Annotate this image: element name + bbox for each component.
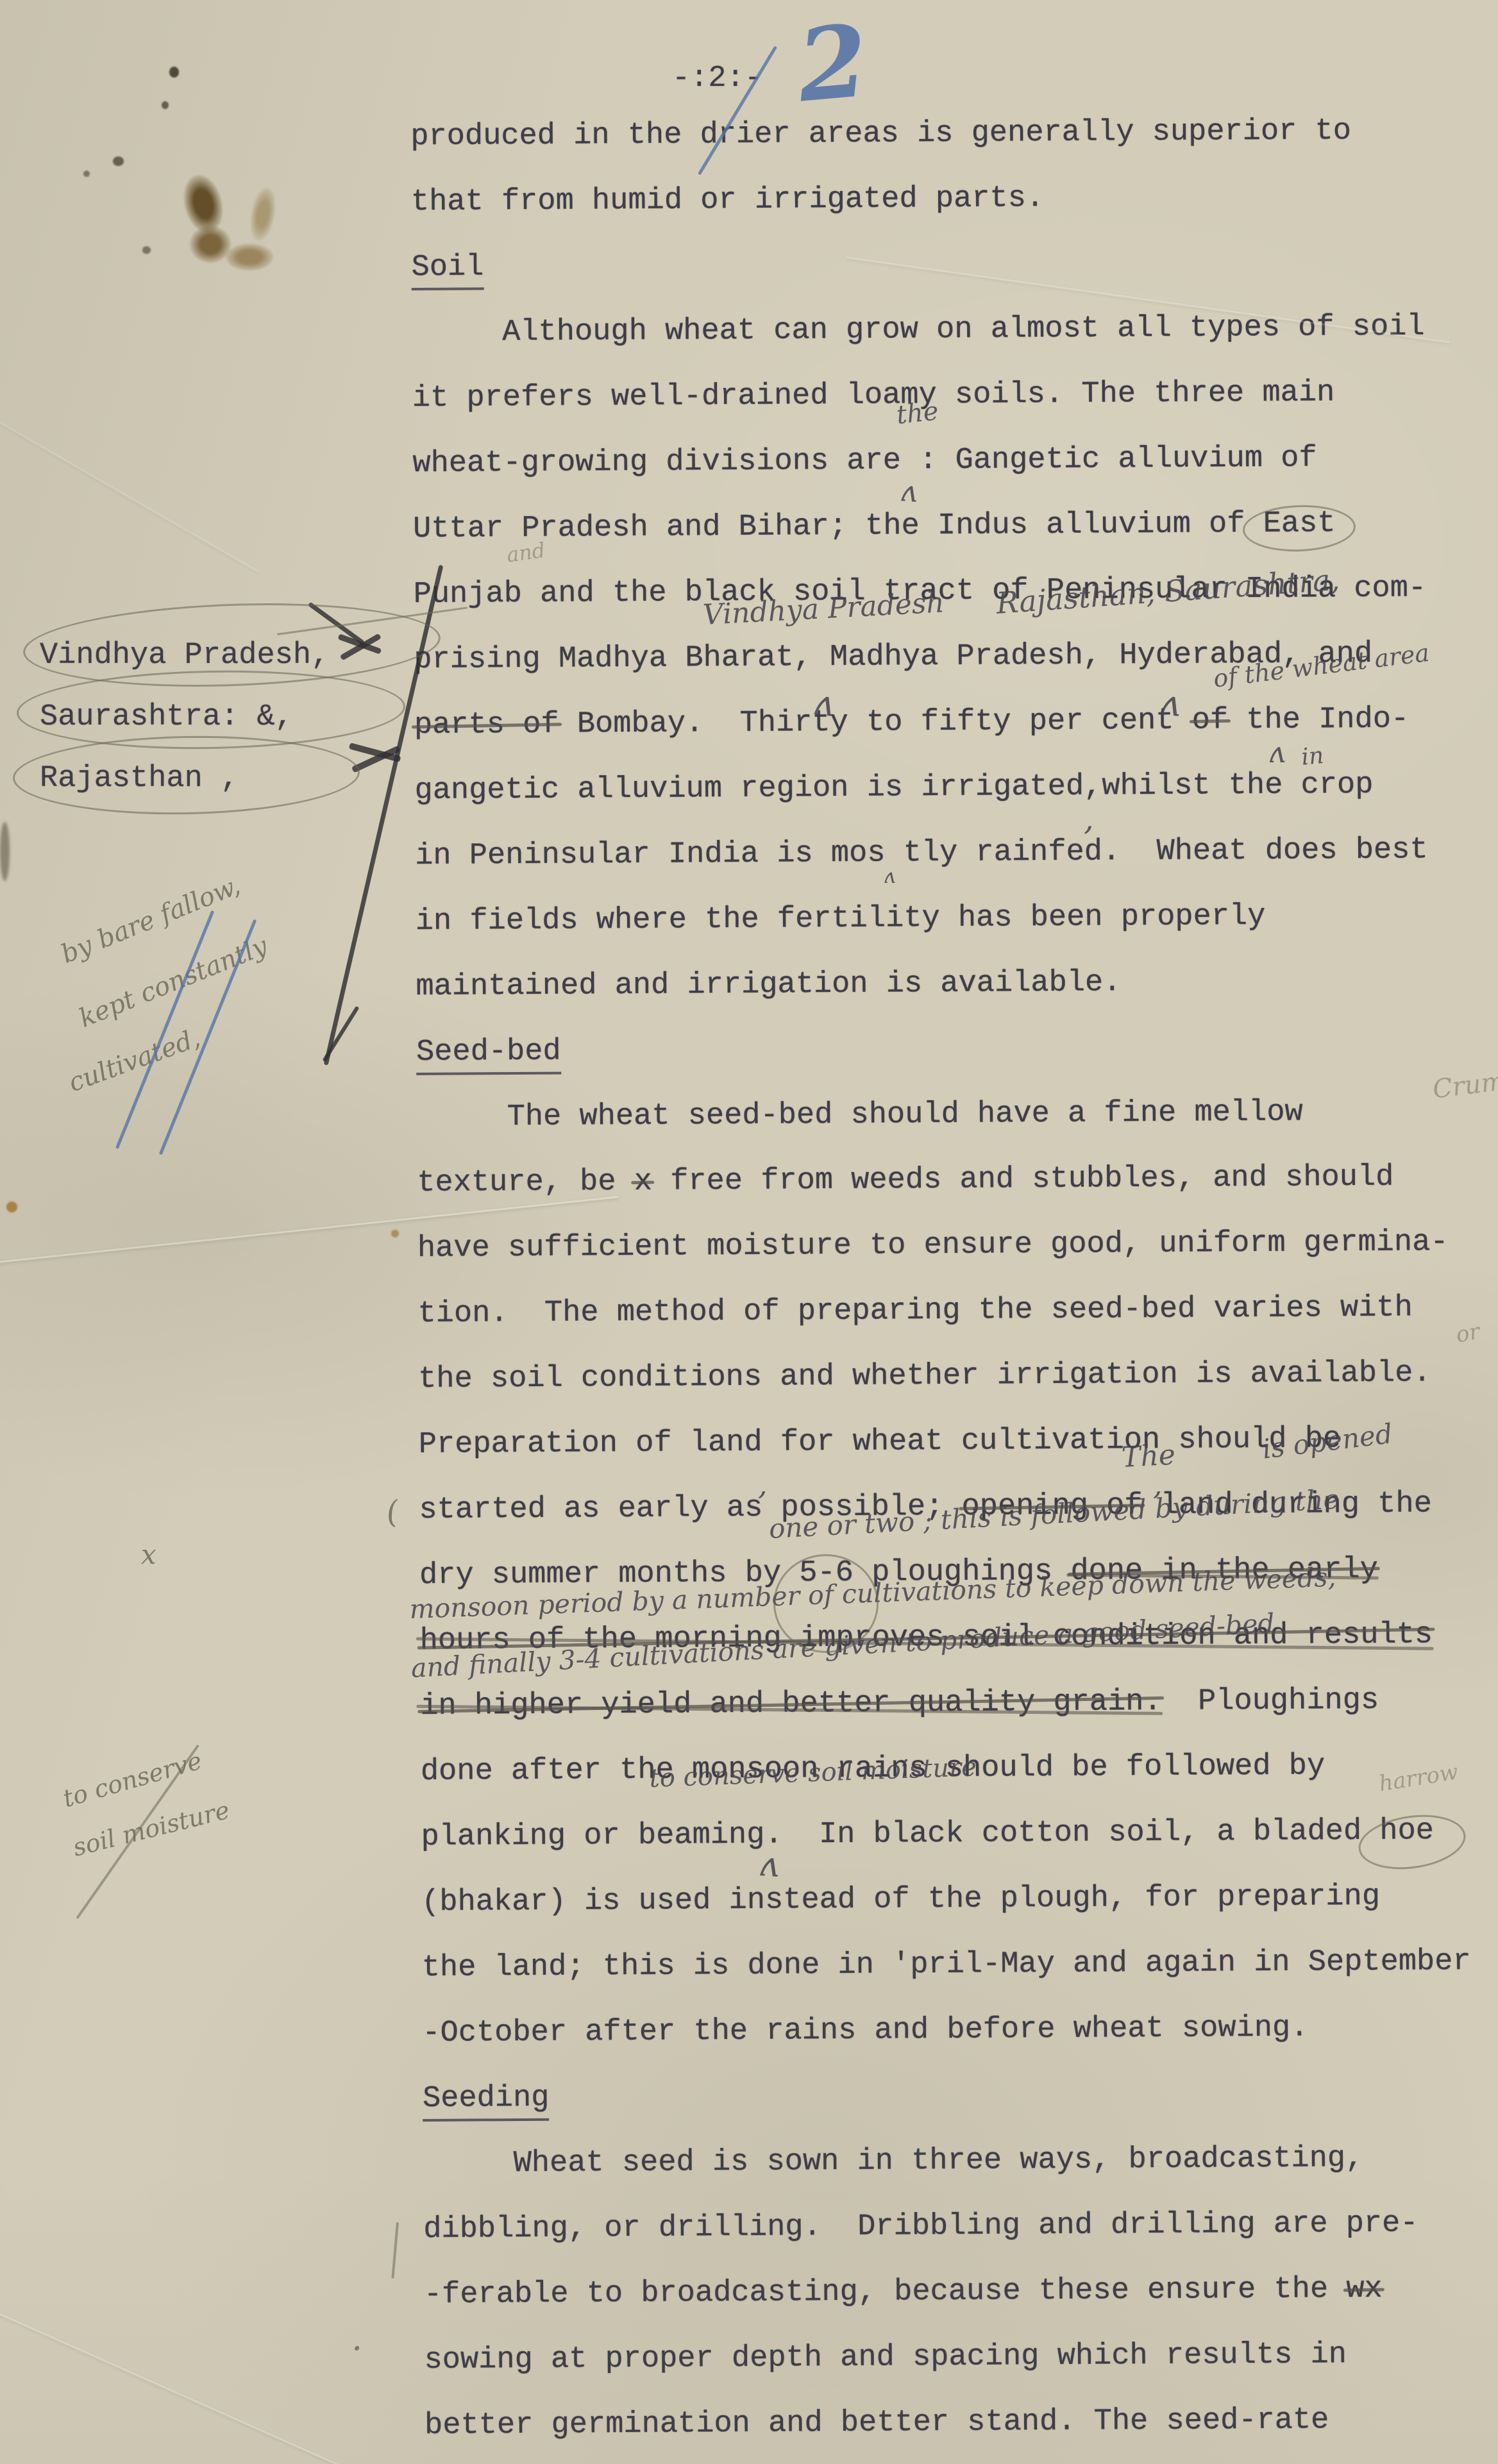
line-parts-seg: Bombay. Thirty to fifty per cent (559, 704, 1191, 742)
hand-in: in (1300, 744, 1325, 769)
line-prefers-seg: it prefers well-drained loamy soils. The… (412, 376, 1335, 415)
heading-seeding: Seeding (423, 2059, 1498, 2132)
line-april-seg: the land; this is done in 'pril-May and … (422, 1945, 1471, 1985)
line-prefers: it prefers well-drained loamy soils. The… (412, 359, 1498, 432)
heading-seeding-seg: Seeding (423, 2081, 550, 2122)
line-moisture-seg: have sufficient moisture to ensure good,… (417, 1225, 1449, 1266)
line-parts-seg: the Indo- (1228, 703, 1409, 738)
ink-stroke-margin-vtip (322, 1006, 359, 1062)
line-dibbling: dibbling, or drilling. Dribbling and dri… (423, 2190, 1498, 2263)
line-gangetic-seg: gangetic alluvium region is irrigated,wh… (414, 768, 1373, 808)
line-planking: planking or beaming. In black cotton soi… (421, 1798, 1498, 1870)
line-bhakar: (bhakar) is used instead of the plough, … (421, 1863, 1498, 1936)
line-ferable: -ferable to broadcasting, because these … (424, 2256, 1498, 2328)
heading-soil: Soil (411, 228, 1498, 301)
line-that: that from humid or irrigated parts. (411, 163, 1498, 235)
pencil-paren-started: ( (385, 1496, 400, 1529)
caret-the: ʌ (900, 476, 918, 507)
line-moisture: have sufficient moisture to ensure good,… (417, 1209, 1498, 1282)
line-texture: texture, be x free from weeds and stubbl… (417, 1144, 1498, 1216)
margin-x: x (141, 1541, 156, 1568)
page-number-hand: 2 (794, 11, 871, 116)
line-maintained: maintained and irrigation is available. (416, 948, 1498, 1020)
hand-and-punjab: and (505, 540, 546, 566)
heading-seedbed: Seed-bed (416, 1013, 1498, 1085)
line-planking-seg: planking or beaming. In black cotton soi… (421, 1814, 1434, 1854)
line-wheat-seedbed: The wheat seed-bed should have a fine me… (416, 1078, 1498, 1151)
line-preparation-seg: Preparation of land for wheat cultivatio… (419, 1422, 1342, 1462)
line-fields-seg: in fields where the fertility has been p… (416, 900, 1266, 939)
caret-hyderabad: ʌ (1158, 685, 1182, 723)
scanned-typescript-page: -:2:- produced in the drier areas is gen… (0, 0, 1498, 2464)
line-higher: in higher yield and better quality grain… (420, 1667, 1498, 1739)
hand-the: the (895, 398, 939, 428)
line-divisions: wheat-growing divisions are : Gangetic a… (412, 424, 1498, 497)
line-dibbling-seg: dibbling, or drilling. Dribbling and dri… (423, 2206, 1418, 2246)
line-conditions: the soil conditions and whether irrigati… (418, 1340, 1498, 1412)
line-gangetic: gangetic alluvium region is irrigated,wh… (414, 751, 1498, 824)
line-bhakar-seg: (bhakar) is used instead of the plough, … (421, 1880, 1380, 1920)
line-maintained-seg: maintained and irrigation is available. (416, 966, 1121, 1004)
line-fields: in fields where the fertility has been p… (415, 882, 1498, 955)
line-ferable-seg: -ferable to broadcasting, because these … (424, 2272, 1347, 2312)
line-produced: produced in the drier areas is generally… (410, 97, 1498, 170)
margin-conserve-line1: to conserve (60, 1748, 205, 1811)
line-october-seg: -October after the rains and before whea… (422, 2011, 1308, 2050)
caret-cent: ʌ (1268, 737, 1285, 767)
line-divisions-seg: wheat-growing divisions are : Gangetic a… (412, 441, 1317, 481)
hand-The: The (1121, 1441, 1176, 1472)
line-wheat-sown-seg: Wheat seed is sown in three ways, broadc… (423, 2141, 1363, 2181)
line-that-seg: that from humid or irrigated parts. (411, 181, 1044, 219)
line-april: the land; this is done in 'pril-May and … (421, 1929, 1498, 2001)
line-parts: parts of Bombay. Thirty to fifty per cen… (414, 686, 1498, 758)
margin-conserve-line2: soil moisture (71, 1798, 232, 1860)
line-sowing-seg: sowing at proper depth and spacing which… (424, 2338, 1347, 2377)
line-ferable-seg: wx (1346, 2272, 1383, 2306)
caret-bharat: ʌ (812, 685, 836, 723)
caret-beaming: ʌ (758, 1847, 780, 1882)
line-tion: tion. The method of preparing the seed-b… (417, 1275, 1498, 1347)
pencil-dot-sowing: . (351, 2321, 362, 2356)
line-tion-seg: tion. The method of preparing the seed-b… (417, 1291, 1413, 1330)
line-texture-seg: texture, be (417, 1165, 634, 1200)
heading-seedbed-seg: Seed-bed (416, 1035, 561, 1075)
blue-cross-fallow-1 (115, 910, 214, 1150)
line-higher-seg: in higher yield and better quality grain… (420, 1685, 1162, 1723)
line-conditions-seg: the soil conditions and whether irrigati… (418, 1356, 1431, 1396)
line-sowing: sowing at proper depth and spacing which… (424, 2321, 1498, 2393)
hand-or: or (1454, 1321, 1481, 1346)
line-parts-seg: of (1192, 703, 1229, 737)
line-produced-seg: produced in the drier areas is generally… (410, 114, 1351, 154)
line-parts-seg: parts of (414, 708, 559, 742)
caret-mostly: ʌ (884, 866, 895, 886)
line-although: Although wheat can grow on almost all ty… (412, 294, 1498, 366)
typed-text-body: produced in the drier areas is generally… (410, 97, 1498, 2459)
line-higher-seg: Ploughings (1161, 1684, 1379, 1719)
line-texture-seg: x (634, 1165, 653, 1199)
margin-fallow-line3: cultivated, (65, 1025, 203, 1096)
line-peninsular: in Peninsular India is mos tly rainfed. … (415, 817, 1498, 889)
line-uttar-seg: Uttar Pradesh and Bihar; the Indus alluv… (413, 507, 1336, 546)
line-better: better germination and better stand. The… (425, 2386, 1498, 2459)
line-october: -October after the rains and before whea… (422, 1994, 1498, 2066)
heading-soil-seg: Soil (411, 250, 484, 290)
hand-comma-irrigated: , (1084, 803, 1094, 835)
line-wheat-sown: Wheat seed is sown in three ways, broadc… (423, 2125, 1498, 2197)
pencil-mark-dibbling (391, 2222, 399, 2279)
line-wheat-seedbed-seg: The wheat seed-bed should have a fine me… (416, 1096, 1302, 1135)
hand-comma-land: , (758, 1470, 768, 1499)
line-texture-seg: free from weeds and stubbles, and should (652, 1161, 1394, 1199)
line-peninsular-seg: in Peninsular India is mos tly rainfed. … (415, 833, 1428, 873)
line-better-seg: better germination and better stand. The… (425, 2403, 1329, 2443)
circle-5-6 (773, 1554, 879, 1653)
